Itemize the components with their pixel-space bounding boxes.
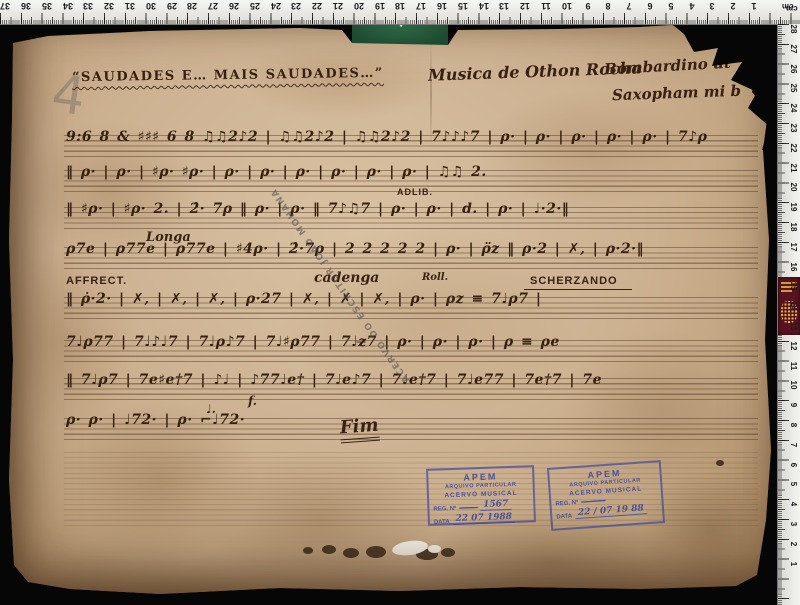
ruler-number: 8 — [788, 419, 798, 431]
annotation-affrect: AFFRECT. — [66, 275, 127, 287]
ruler-number: 32 — [101, 1, 117, 11]
ruler-number: 9 — [580, 1, 596, 11]
ruler-number: 17 — [413, 1, 429, 11]
ruler-number: 14 — [788, 300, 798, 312]
ink-stain — [716, 460, 724, 466]
vertical-ruler: cm 1234567891011121314151617181920212223… — [777, 24, 800, 605]
ruler-number: 25 — [788, 82, 798, 94]
ruler-number: 29 — [164, 1, 180, 11]
ruler-number: 12 — [788, 340, 798, 352]
ruler-number: 25 — [247, 1, 263, 11]
ruler-number: 2 — [788, 538, 798, 550]
piece-title: “SAUDADES E… MAIS SAUDADES…” — [72, 66, 384, 85]
ink-stain — [343, 548, 359, 558]
ruler-number: 16 — [788, 261, 798, 273]
ruler-number: 36 — [18, 1, 34, 11]
annotation-adlib: ADLIB. — [397, 187, 433, 197]
ruler-number: 4 — [788, 498, 798, 510]
ruler-number: 20 — [788, 181, 798, 193]
ruler-number: 7 — [621, 1, 637, 11]
annotation-roll: Roll. — [422, 272, 448, 283]
ruler-number: 23 — [788, 122, 798, 134]
stamp-date-value: 22 07 1988 — [452, 512, 515, 525]
ruler-number: 17 — [788, 241, 798, 253]
ruler-number: 10 — [559, 1, 575, 11]
instrumentation-line-1: Bombardino ut — [604, 54, 732, 79]
ruler-number: 11 — [538, 1, 554, 11]
ruler-number: 19 — [372, 1, 388, 11]
ruler-number: 3 — [704, 1, 720, 11]
ink-stain — [303, 547, 313, 554]
stamp-date-label: DATA — [434, 519, 450, 526]
ruler-number: 4 — [684, 1, 700, 11]
ruler-number: 26 — [226, 1, 242, 11]
ruler-number: 35 — [39, 1, 55, 11]
ruler-number: 6 — [642, 1, 658, 11]
ruler-number: 37 — [0, 1, 13, 11]
vertical-ruler-unit-label: cm — [786, 4, 798, 13]
ruler-number: 5 — [663, 1, 679, 11]
ruler-number: 23 — [288, 1, 304, 11]
staff-notation: 9:6 8 & ♯♯♯ 6 8 ♫♫2♪2 | ♫♫2♪2 | ♫♫2♪2 | … — [66, 129, 756, 155]
ruler-number: 24 — [788, 102, 798, 114]
paper-hole — [428, 545, 441, 553]
ruler-number: 9 — [788, 399, 798, 411]
stamp-reg-value: 1567 — [480, 499, 511, 511]
ruler-number: 28 — [788, 23, 798, 35]
staff-notation: ‖ ♯ρ· | ♯ρ· 2. | 2̂· 7ρ ‖ ρ· | ρ· ‖ 7♪♫7… — [66, 201, 756, 227]
instrumentation-line-2: Saxopham mi b — [612, 82, 742, 104]
staff-notation: ρ· ρ· | ♩72· | ρ· ⌐♩72· — [66, 412, 756, 438]
ruler-number: 2 — [725, 1, 741, 11]
annotation-forte: f. — [248, 394, 257, 408]
horizontal-ruler: cm 1234567891011121314151617181920212223… — [0, 0, 800, 25]
staff-notation: 7♩ρ77 | 7♩♪♩7 | 7♩ρ♪7 | 7♩♯ρ77 | 7♩z̶7 |… — [66, 334, 756, 360]
ruler-number: 11 — [788, 360, 798, 372]
ruler-number: 31 — [122, 1, 138, 11]
ink-stain — [366, 546, 386, 558]
ruler-number: 15 — [455, 1, 471, 11]
ruler-number: 34 — [60, 1, 76, 11]
ruler-number: 20 — [351, 1, 367, 11]
ruler-number: 21 — [788, 162, 798, 174]
ruler-number: 18 — [788, 221, 798, 233]
ruler-number: 28 — [184, 1, 200, 11]
stamp-reg-label: REG. Nº — [433, 506, 456, 513]
ruler-number: 7 — [788, 439, 798, 451]
ruler-number: 14 — [476, 1, 492, 11]
staff-notation: ‖ 7♩ρ7 | 7e♯e†7 | ♪♩ | ♪77♩e† | 7♩e♪7 | … — [66, 372, 756, 398]
scanned-manuscript-view: cm 1234567891011121314151617181920212223… — [0, 0, 800, 605]
annotation-longa: Longa — [146, 230, 191, 245]
ruler-number: 3 — [788, 518, 798, 530]
ruler-number: 22 — [309, 1, 325, 11]
ruler-number: 22 — [788, 142, 798, 154]
archive-stamp-left: APEM ARQUIVO PARTICULAR ACERVO MUSICAL R… — [426, 465, 536, 526]
horizontal-ruler-ticks — [0, 13, 800, 24]
archive-stamp-right: APEM ARQUIVO PARTICULAR ACERVO MUSICAL R… — [547, 460, 665, 531]
ruler-number: 6 — [788, 459, 798, 471]
ruler-number: 16 — [434, 1, 450, 11]
ruler-number: 5 — [788, 478, 798, 490]
stamp-date-value: 22 / 07 19 88 — [575, 503, 648, 519]
annotation-scherzando: SCHERZANDO — [524, 275, 632, 290]
manuscript-page: 4 “SAUDADES E… MAIS SAUDADES…” Musica de… — [0, 0, 800, 605]
ink-stain — [441, 548, 455, 557]
ruler-number: 30 — [143, 1, 159, 11]
ruler-number: 24 — [268, 1, 284, 11]
staff-notation: ‖ ρ̇·2· | ✗‚ | ✗‚ | ✗‚ | ρ·27 | ✗‚ | ✗ |… — [66, 291, 756, 317]
stamp-reg-scratch: ———— — [581, 497, 605, 506]
ruler-number: 27 — [788, 43, 798, 55]
stamp-reg-label: REG. Nº — [555, 500, 578, 508]
stamp-reg-scratch: ——— — [459, 504, 477, 512]
ink-stain — [322, 545, 336, 554]
ruler-number: 1 — [746, 1, 762, 11]
annotation-cadenga: cadenga — [314, 270, 379, 286]
annotation-fim: Fim — [339, 415, 379, 444]
ruler-number: 18 — [392, 1, 408, 11]
ruler-number: 15 — [788, 280, 798, 292]
ruler-number: 13 — [496, 1, 512, 11]
ruler-number: 10 — [788, 379, 798, 391]
ruler-number: 26 — [788, 63, 798, 75]
ruler-number: 1 — [788, 558, 798, 570]
ruler-number: 27 — [205, 1, 221, 11]
ruler-number: 33 — [80, 1, 96, 11]
ruler-number: 13 — [788, 320, 798, 332]
ruler-number: 19 — [788, 201, 798, 213]
annotation-dotnote: ♩. — [206, 402, 216, 416]
ruler-number: 8 — [600, 1, 616, 11]
ruler-number: 12 — [517, 1, 533, 11]
stamp-date-label: DATA — [556, 513, 572, 520]
ruler-number: 21 — [330, 1, 346, 11]
